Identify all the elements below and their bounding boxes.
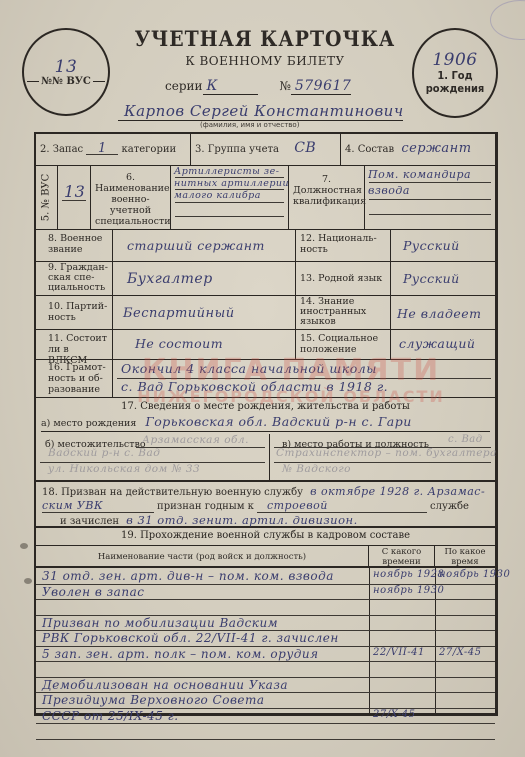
card-title: УЧЕТНАЯ КАРТОЧКА К ВОЕННОМУ БИЛЕТУ: [120, 26, 410, 68]
title-sub: К ВОЕННОМУ БИЛЕТУ: [120, 54, 410, 68]
staple-hole: [20, 543, 28, 549]
work-block: в) место работы и должность с. Вад Страх…: [270, 434, 495, 480]
row-komsomol-social: 11. Состоит ли в ВЛКСМ Не состоит 15. Со…: [36, 330, 495, 360]
service-row-unit: 31 отд. зен. арт. див-н – пом. ком. взво…: [42, 569, 334, 583]
service-row-unit: СССР от 25/IX-45 г.: [42, 709, 179, 723]
section-17-title: 17. Сведения о месте рождения, жительств…: [36, 398, 495, 412]
full-name-caption: (фамилия, имя и отчество): [200, 121, 299, 129]
row-party-foreign: 10. Партий-ность Беспартийный 14. Знание…: [36, 296, 495, 330]
section-19-title-row: 19. Прохождение военной службы в кадрово…: [36, 528, 495, 546]
service-row-from: 22/VII-41: [373, 647, 425, 658]
card-table: 2. Запас 1 категории 3. Группа учета СВ …: [34, 132, 498, 716]
field-composition: 4. Состав сержант: [341, 134, 495, 165]
service-row-unit: Демобилизован на основании Указа: [42, 678, 288, 692]
rank-value: старший сержант: [127, 238, 265, 253]
full-name: Карпов Сергей Константинович: [118, 102, 403, 121]
vus-value-cell: 13: [58, 166, 91, 229]
birth-year-value: 1906: [432, 51, 477, 69]
vus-circle: 13 №№ ВУС: [22, 28, 110, 116]
row-rank-nationality: 8. Военное звание старший сержант 12. На…: [36, 230, 495, 262]
service-row-unit: Президиума Верховного Совета: [42, 693, 265, 707]
vus-label-cell: 5. № ВУС: [36, 166, 58, 229]
birthplace-value: Горьковская обл. Вадский р-н с. Гари: [145, 414, 411, 429]
foreign-languages-value: Не владеет: [397, 306, 482, 321]
row-vus-specialty: 5. № ВУС 13 6. Наименование военно-учетн…: [36, 166, 495, 230]
residence-block: б) местожительство Арзамасская обл. Вадс…: [36, 434, 270, 480]
reserve-value: 1: [86, 143, 118, 155]
registration-card-scan: 13 №№ ВУС УЧЕТНАЯ КАРТОЧКА К ВОЕННОМУ БИ…: [0, 0, 525, 757]
service-row-from: 27/X-45: [373, 709, 415, 720]
qualification-label: 7. Должностная квалификация: [289, 166, 365, 229]
enrolled-line: и зачислен в 31 отд. зенит. артил. дивиз…: [60, 513, 489, 527]
education-line-1: Окончил 4 класса начальной школы: [121, 361, 377, 376]
service-row-unit: Уволен в запас: [42, 585, 144, 599]
stamp-fragment: [490, 0, 525, 40]
field-group: 3. Группа учета СВ: [191, 134, 341, 165]
education-line-2: с. Вад Горьковской области в 1918 г.: [121, 379, 388, 394]
fitness-value: строевой: [257, 499, 427, 513]
birthplace-row: а) место рождения Горьковская обл. Вадск…: [41, 414, 490, 432]
service-row-rule: [36, 739, 495, 740]
row-reserve-group-composition: 2. Запас 1 категории 3. Группа учета СВ …: [36, 134, 495, 166]
called-up-value: в октябре 1928 г. Арзамас-: [310, 485, 485, 498]
civil-specialty-value: Бухгалтер: [127, 271, 213, 287]
fitness-line: ским УВК признан годным к строевой служб…: [42, 499, 489, 513]
series-value: К: [203, 78, 258, 95]
staple-hole: [24, 578, 32, 584]
specialty-label: 6. Наименование военно-учетной специальн…: [91, 166, 171, 229]
birth-year-circle: 1906 1. Год рождения: [412, 28, 498, 118]
service-row-rule: [36, 723, 495, 724]
social-status-value: служащий: [399, 336, 476, 351]
service-row-to: 27/X-45: [439, 647, 481, 658]
service-row-rule: [36, 599, 495, 600]
vus-circle-label: №№ ВУС: [27, 76, 105, 87]
field-reserve: 2. Запас 1 категории: [36, 134, 191, 165]
row-education: 16. Грамот-ность и об-разование Окончил …: [36, 360, 495, 398]
section-18: 18. Призван на действительную военную сл…: [36, 482, 495, 528]
section-17: 17. Сведения о месте рождения, жительств…: [36, 398, 495, 482]
service-row-unit: РВК Горьковской обл. 22/VII-41 г. зачисл…: [42, 631, 339, 645]
row-civil-language: 9. Граждан-ская спе-циальность Бухгалтер…: [36, 262, 495, 296]
number-value: 579617: [291, 78, 351, 95]
nationality-value: Русский: [403, 238, 460, 253]
service-row-from: ноябрь 1930: [373, 585, 444, 596]
series-number-row: серииК №579617: [165, 78, 415, 95]
qualification-value: Пом. командира взвода: [365, 166, 495, 229]
service-row-rule: [36, 661, 495, 662]
native-language-value: Русский: [403, 271, 460, 286]
service-row-to: ноябрь 1930: [439, 569, 510, 580]
enrolled-value: в 31 отд. зенит. артил. дивизион.: [126, 513, 358, 527]
birth-year-label: 1. Год рождения: [426, 69, 485, 95]
service-row-unit: 5 зап. зен. арт. полк – пом. ком. орудия: [42, 647, 319, 661]
komsomol-value: Не состоит: [135, 336, 223, 351]
service-row-from: ноябрь 1928: [373, 569, 444, 580]
party-value: Беспартийный: [123, 306, 235, 321]
group-value: СВ: [294, 140, 316, 156]
section-19-header: Наименование части (род войск и должност…: [36, 546, 495, 568]
specialty-value: Артиллеристы зе- нитных артиллерии малог…: [171, 166, 289, 229]
composition-value: сержант: [401, 141, 471, 156]
service-row-unit: Призван по мобилизации Вадским: [42, 616, 278, 630]
vus-circle-value: 13: [55, 58, 78, 76]
title-main: УЧЕТНАЯ КАРТОЧКА: [120, 26, 410, 51]
called-up-line: 18. Призван на действительную военную сл…: [42, 485, 489, 498]
service-table: 31 отд. зен. арт. див-н – пом. ком. взво…: [36, 568, 495, 713]
